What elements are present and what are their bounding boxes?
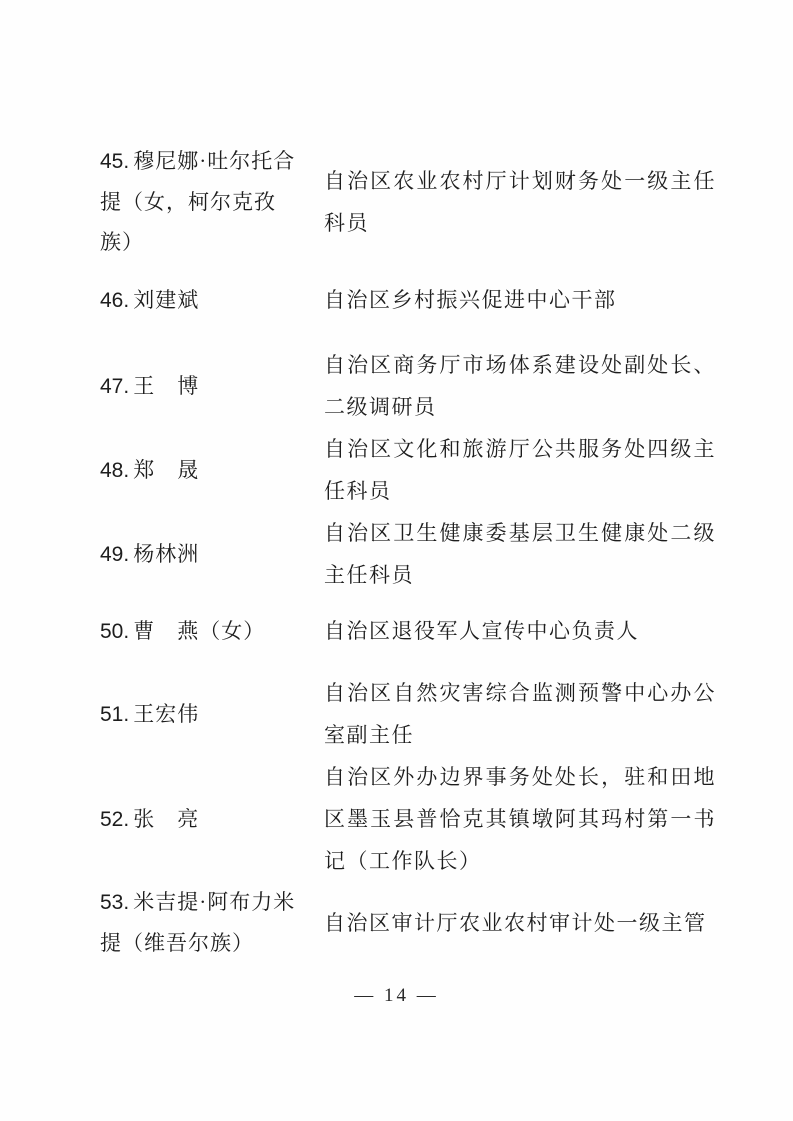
entry-number: 50.: [100, 620, 129, 643]
entry-number: 52.: [100, 808, 129, 831]
entry-name: 50.曹 燕（女）: [100, 611, 296, 652]
entry-number: 45.: [100, 150, 129, 173]
list-item: 51.王宏伟 自治区自然灾害综合监测预警中心办公室副主任: [100, 672, 718, 756]
entry-name-text: 曹 燕（女）: [133, 619, 265, 643]
entry-number: 46.: [100, 289, 129, 312]
entry-name-text: 杨林洲: [133, 542, 199, 566]
entry-name-text: 郑 晟: [133, 458, 199, 482]
entry-name: 51.王宏伟: [100, 694, 296, 735]
entry-number: 47.: [100, 375, 129, 398]
entry-number: 51.: [100, 703, 129, 726]
entry-position: 自治区文化和旅游厅公共服务处四级主任科员: [324, 428, 716, 512]
entry-number: 49.: [100, 543, 129, 566]
entry-name: 48.郑 晟: [100, 450, 296, 491]
page-number: — 14 —: [0, 985, 793, 1007]
entry-name-text: 张 亮: [133, 807, 199, 831]
entry-name-text: 米吉提·阿布力米提（维吾尔族）: [100, 890, 295, 955]
entry-position: 自治区乡村振兴促进中心干部: [324, 279, 716, 321]
entry-number: 53.: [100, 891, 129, 914]
entry-position: 自治区审计厅农业农村审计处一级主管: [324, 902, 716, 944]
award-list: 45.穆尼娜·吐尔托合提（女，柯尔克孜族） 自治区农业农村厅计划财务处一级主任科…: [100, 141, 718, 963]
list-item: 53.米吉提·阿布力米提（维吾尔族） 自治区审计厅农业农村审计处一级主管: [100, 882, 718, 963]
entry-name-text: 王宏伟: [133, 702, 199, 726]
list-item: 48.郑 晟 自治区文化和旅游厅公共服务处四级主任科员: [100, 428, 718, 512]
entry-name-text: 刘建斌: [133, 288, 199, 312]
entry-name: 52.张 亮: [100, 799, 296, 840]
entry-name: 45.穆尼娜·吐尔托合提（女，柯尔克孜族）: [100, 141, 296, 262]
entry-position: 自治区退役军人宣传中心负责人: [324, 610, 716, 652]
entry-position: 自治区商务厅市场体系建设处副处长、二级调研员: [324, 344, 716, 428]
entry-name-text: 王 博: [133, 374, 199, 398]
entry-position: 自治区自然灾害综合监测预警中心办公室副主任: [324, 672, 716, 756]
entry-name: 46.刘建斌: [100, 280, 296, 321]
entry-name-text: 穆尼娜·吐尔托合提（女，柯尔克孜族）: [100, 149, 295, 254]
entry-position: 自治区外办边界事务处处长，驻和田地区墨玉县普恰克其镇墩阿其玛村第一书记（工作队长…: [324, 756, 716, 882]
entry-position: 自治区卫生健康委基层卫生健康处二级主任科员: [324, 512, 716, 596]
entry-number: 48.: [100, 459, 129, 482]
list-item: 49.杨林洲 自治区卫生健康委基层卫生健康处二级主任科员: [100, 512, 718, 596]
list-item: 52.张 亮 自治区外办边界事务处处长，驻和田地区墨玉县普恰克其镇墩阿其玛村第一…: [100, 756, 718, 882]
document-page: 45.穆尼娜·吐尔托合提（女，柯尔克孜族） 自治区农业农村厅计划财务处一级主任科…: [0, 0, 793, 1121]
entry-position: 自治区农业农村厅计划财务处一级主任科员: [324, 160, 716, 244]
entry-name: 47.王 博: [100, 366, 296, 407]
list-item: 47.王 博 自治区商务厅市场体系建设处副处长、二级调研员: [100, 344, 718, 428]
entry-name: 49.杨林洲: [100, 534, 296, 575]
list-item: 50.曹 燕（女） 自治区退役军人宣传中心负责人: [100, 610, 718, 652]
entry-name: 53.米吉提·阿布力米提（维吾尔族）: [100, 882, 296, 963]
list-item: 45.穆尼娜·吐尔托合提（女，柯尔克孜族） 自治区农业农村厅计划财务处一级主任科…: [100, 141, 718, 262]
list-item: 46.刘建斌 自治区乡村振兴促进中心干部: [100, 279, 718, 321]
